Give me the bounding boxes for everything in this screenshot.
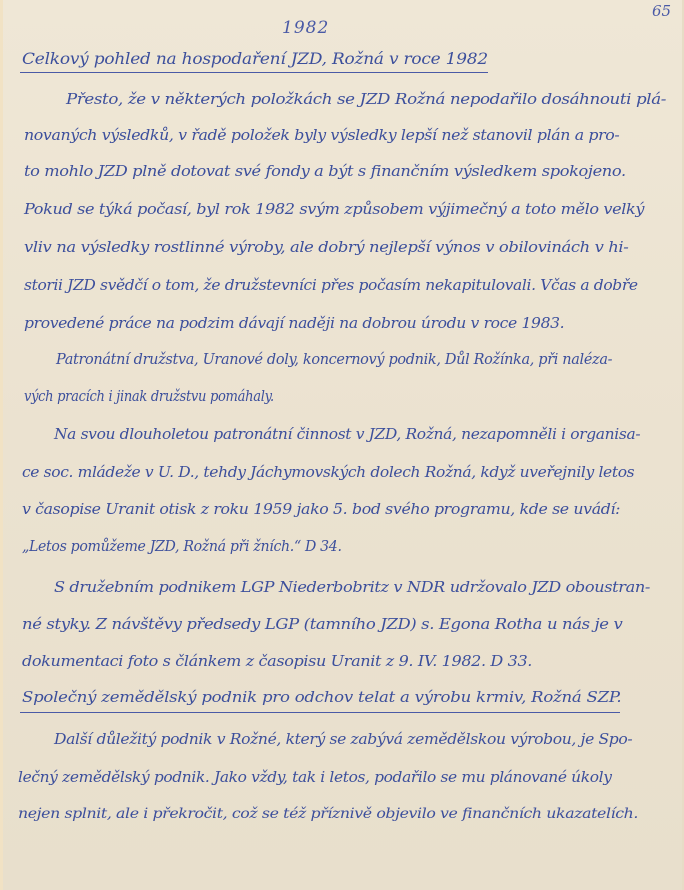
text-line: v časopise Uranit otisk z roku 1959 jako… xyxy=(22,500,620,518)
chronicle-page: 65 1982 Celkový pohled na hospodaření JZ… xyxy=(0,0,684,890)
heading-underline xyxy=(20,72,488,73)
text-line: lečný zemědělský podnik. Jako vždy, tak … xyxy=(18,768,612,786)
heading-underline xyxy=(20,712,620,713)
text-line: Přesto, že v některých položkách se JZD … xyxy=(66,90,666,108)
text-line: nejen splnit, ale i překročit, což se té… xyxy=(18,806,638,822)
section-heading-szp: Společný zemědělský podnik pro odchov te… xyxy=(22,690,621,706)
text-line: Patronátní družstva, Uranové doly, konce… xyxy=(56,350,612,368)
text-line: ce soc. mládeže v U. D., tehdy Jáchymovs… xyxy=(22,463,634,481)
text-line: dokumentaci foto s článkem z časopisu Ur… xyxy=(22,652,532,670)
text-line: S družebním podnikem LGP Niederbobritz v… xyxy=(54,578,650,596)
text-line: Další důležitý podnik v Rožné, který se … xyxy=(54,730,632,748)
text-line: to mohlo JZD plně dotovat své fondy a bý… xyxy=(24,162,626,180)
text-line: „Letos pomůžeme JZD, Rožná při žních.“ D… xyxy=(22,537,342,555)
year-heading: 1982 xyxy=(282,18,329,38)
text-line: provedené práce na podzim dávají naději … xyxy=(24,314,564,332)
text-line: storii JZD svědčí o tom, že družstevníci… xyxy=(24,276,638,294)
page-number: 65 xyxy=(652,2,671,20)
text-line: Pokud se týká počasí, byl rok 1982 svým … xyxy=(24,200,644,218)
text-line: novaných výsledků, v řadě položek byly v… xyxy=(24,126,619,144)
text-line: né styky. Z návštěvy předsedy LGP (tamní… xyxy=(22,615,622,633)
text-line: Na svou dlouholetou patronátní činnost v… xyxy=(54,425,640,443)
section-heading-economy: Celkový pohled na hospodaření JZD, Rožná… xyxy=(22,50,488,68)
text-line: vých pracích i jinak družstvu pomáhaly. xyxy=(24,387,274,405)
text-line: vliv na výsledky rostlinné výroby, ale d… xyxy=(24,238,628,256)
